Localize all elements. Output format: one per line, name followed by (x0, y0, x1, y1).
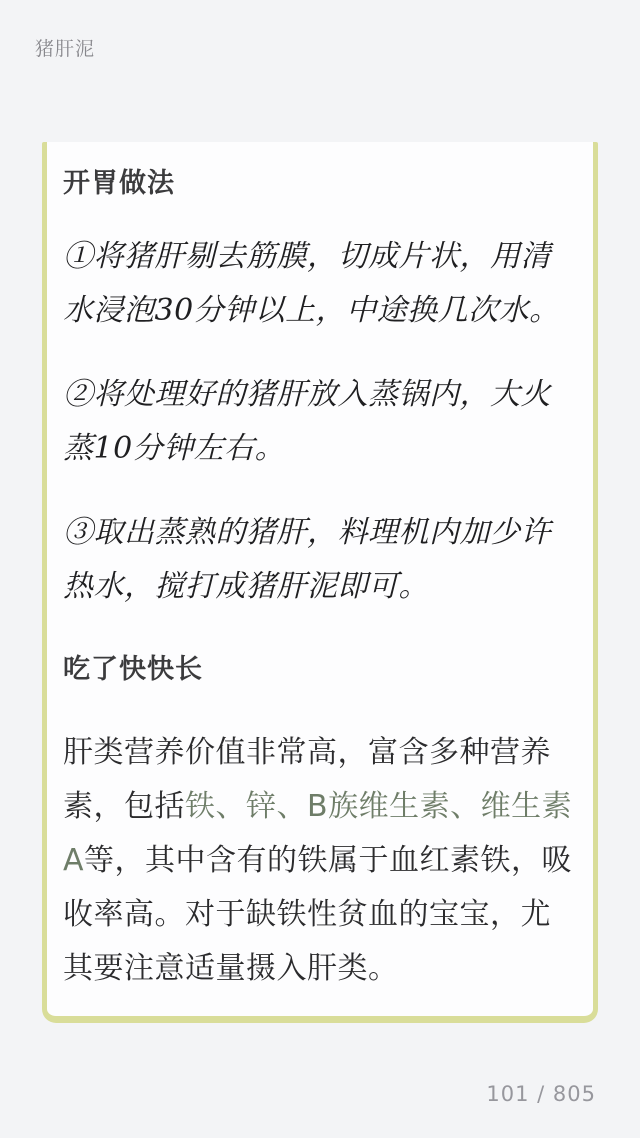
recipe-card[interactable]: 开胃做法 ①将猪肝剔去筋膜，切成片状，用清水浸泡30分钟以上，中途换几次水。 ②… (42, 142, 598, 1023)
recipe-step-3: ③取出蒸熟的猪肝，料理机内加少许热水，搅打成猪肝泥即可。 (63, 506, 579, 614)
page-footer: 101 / 805 (486, 1082, 596, 1106)
recipe-step-2: ②将处理好的猪肝放入蒸锅内，大火蒸10分钟左右。 (63, 368, 579, 476)
nutrition-paragraph: 肝类营养价值非常高，富含多种营养素，包括铁、锌、B族维生素、维生素A等，其中含有… (63, 726, 579, 996)
section-heading-nutrition: 吃了快快长 (63, 654, 579, 686)
top-bar: 猪肝泥 (35, 34, 95, 61)
page-indicator: 101 / 805 (486, 1082, 596, 1106)
nutrition-text-after: 等，其中含有的铁属于血红素铁，吸收率高。对于缺铁性贫血的宝宝，尤其要注意适量摄入… (63, 843, 572, 986)
section-heading-method: 开胃做法 (63, 168, 579, 200)
app-screen: 猪肝泥 开胃做法 ①将猪肝剔去筋膜，切成片状，用清水浸泡30分钟以上，中途换几次… (0, 0, 640, 1138)
recipe-step-1: ①将猪肝剔去筋膜，切成片状，用清水浸泡30分钟以上，中途换几次水。 (63, 230, 579, 338)
page-title: 猪肝泥 (35, 38, 95, 60)
